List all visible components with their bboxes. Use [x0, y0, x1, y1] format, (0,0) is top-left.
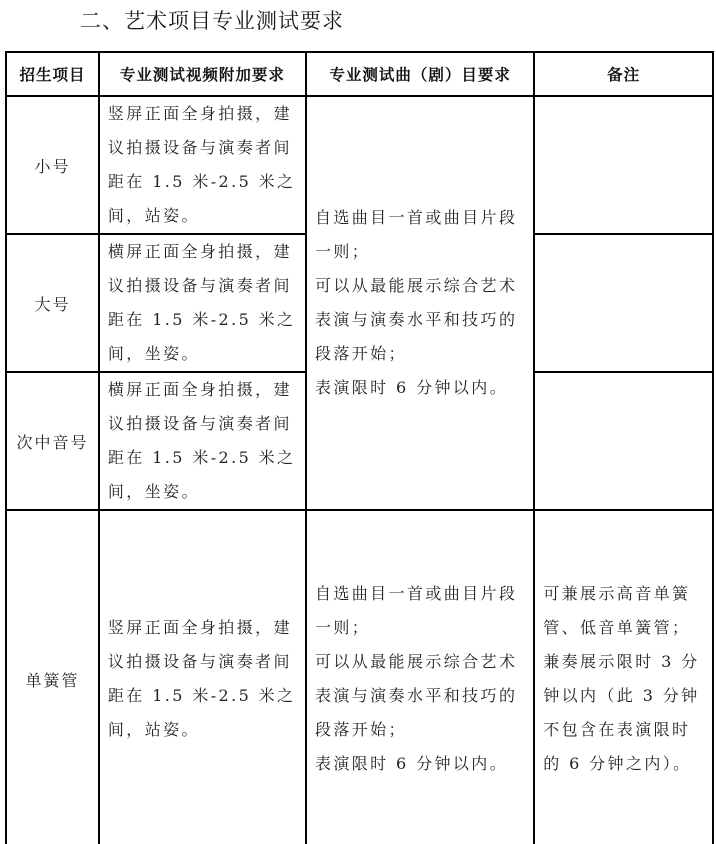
text-line: 表演限时 6 分钟以内。 — [315, 371, 527, 405]
enrollment-item-cell: 小号 — [6, 96, 99, 234]
header-remarks: 备注 — [534, 52, 713, 96]
text-line: 间，坐姿。 — [108, 475, 299, 509]
text-line: 自选曲目一首或曲目片段 — [315, 201, 527, 235]
text-line: 可以从最能展示综合艺术 — [315, 269, 527, 303]
text-line: 兼奏展示限时 3 分 — [543, 645, 706, 679]
header-enrollment-item: 招生项目 — [6, 52, 99, 96]
remark-cell — [534, 372, 713, 510]
enrollment-item-cell: 单簧管 — [6, 510, 99, 844]
video-requirement-cell: 横屏正面全身拍摄，建 议拍摄设备与演奏者间 距在 1.5 米-2.5 米之 间，… — [99, 234, 306, 372]
text-line: 表演与演奏水平和技巧的 — [315, 679, 527, 713]
header-video-requirements: 专业测试视频附加要求 — [99, 52, 306, 96]
text-line: 表演限时 6 分钟以内。 — [315, 747, 527, 781]
text-line: 议拍摄设备与演奏者间 — [108, 407, 299, 441]
text-line: 管、低音单簧管； — [543, 611, 706, 645]
header-repertoire-requirements: 专业测试曲（剧）目要求 — [306, 52, 534, 96]
remark-cell — [534, 96, 713, 234]
table-header-row: 招生项目 专业测试视频附加要求 专业测试曲（剧）目要求 备注 — [6, 52, 713, 96]
text-line: 间，坐姿。 — [108, 337, 299, 371]
text-line: 竖屏正面全身拍摄，建 — [108, 611, 299, 645]
text-line: 议拍摄设备与演奏者间 — [108, 131, 299, 165]
text-line: 距在 1.5 米-2.5 米之 — [108, 165, 299, 199]
text-line: 可兼展示高音单簧 — [543, 577, 706, 611]
text-line: 不包含在表演限时 — [543, 713, 706, 747]
repertoire-requirement-cell: 自选曲目一首或曲目片段 一则； 可以从最能展示综合艺术 表演与演奏水平和技巧的 … — [306, 96, 534, 510]
text-line: 可以从最能展示综合艺术 — [315, 645, 527, 679]
text-line: 竖屏正面全身拍摄，建 — [108, 97, 299, 131]
text-line: 横屏正面全身拍摄，建 — [108, 373, 299, 407]
remark-cell: 可兼展示高音单簧 管、低音单簧管； 兼奏展示限时 3 分 钟以内（此 3 分钟 … — [534, 510, 713, 844]
text-line: 距在 1.5 米-2.5 米之 — [108, 679, 299, 713]
requirements-table: 招生项目 专业测试视频附加要求 专业测试曲（剧）目要求 备注 小号 竖屏正面全身… — [5, 51, 714, 844]
enrollment-item-cell: 次中音号 — [6, 372, 99, 510]
text-line: 议拍摄设备与演奏者间 — [108, 269, 299, 303]
video-requirement-cell: 横屏正面全身拍摄，建 议拍摄设备与演奏者间 距在 1.5 米-2.5 米之 间，… — [99, 372, 306, 510]
remark-cell — [534, 234, 713, 372]
video-requirement-cell: 竖屏正面全身拍摄，建 议拍摄设备与演奏者间 距在 1.5 米-2.5 米之 间，… — [99, 96, 306, 234]
text-line: 间，站姿。 — [108, 713, 299, 747]
text-line: 段落开始； — [315, 713, 527, 747]
text-line: 钟以内（此 3 分钟 — [543, 679, 706, 713]
video-requirement-cell: 竖屏正面全身拍摄，建 议拍摄设备与演奏者间 距在 1.5 米-2.5 米之 间，… — [99, 510, 306, 844]
repertoire-requirement-cell: 自选曲目一首或曲目片段 一则； 可以从最能展示综合艺术 表演与演奏水平和技巧的 … — [306, 510, 534, 844]
text-line: 议拍摄设备与演奏者间 — [108, 645, 299, 679]
text-line: 距在 1.5 米-2.5 米之 — [108, 441, 299, 475]
text-line: 一则； — [315, 235, 527, 269]
section-heading: 二、艺术项目专业测试要求 — [80, 6, 344, 36]
text-line: 自选曲目一首或曲目片段 — [315, 577, 527, 611]
text-line: 表演与演奏水平和技巧的 — [315, 303, 527, 337]
text-line: 段落开始； — [315, 337, 527, 371]
table-row: 单簧管 竖屏正面全身拍摄，建 议拍摄设备与演奏者间 距在 1.5 米-2.5 米… — [6, 510, 713, 844]
text-line: 间，站姿。 — [108, 199, 299, 233]
enrollment-item-cell: 大号 — [6, 234, 99, 372]
text-line: 横屏正面全身拍摄，建 — [108, 235, 299, 269]
text-line: 距在 1.5 米-2.5 米之 — [108, 303, 299, 337]
table-row: 小号 竖屏正面全身拍摄，建 议拍摄设备与演奏者间 距在 1.5 米-2.5 米之… — [6, 96, 713, 234]
text-line: 的 6 分钟之内）。 — [543, 747, 706, 781]
text-line: 一则； — [315, 611, 527, 645]
